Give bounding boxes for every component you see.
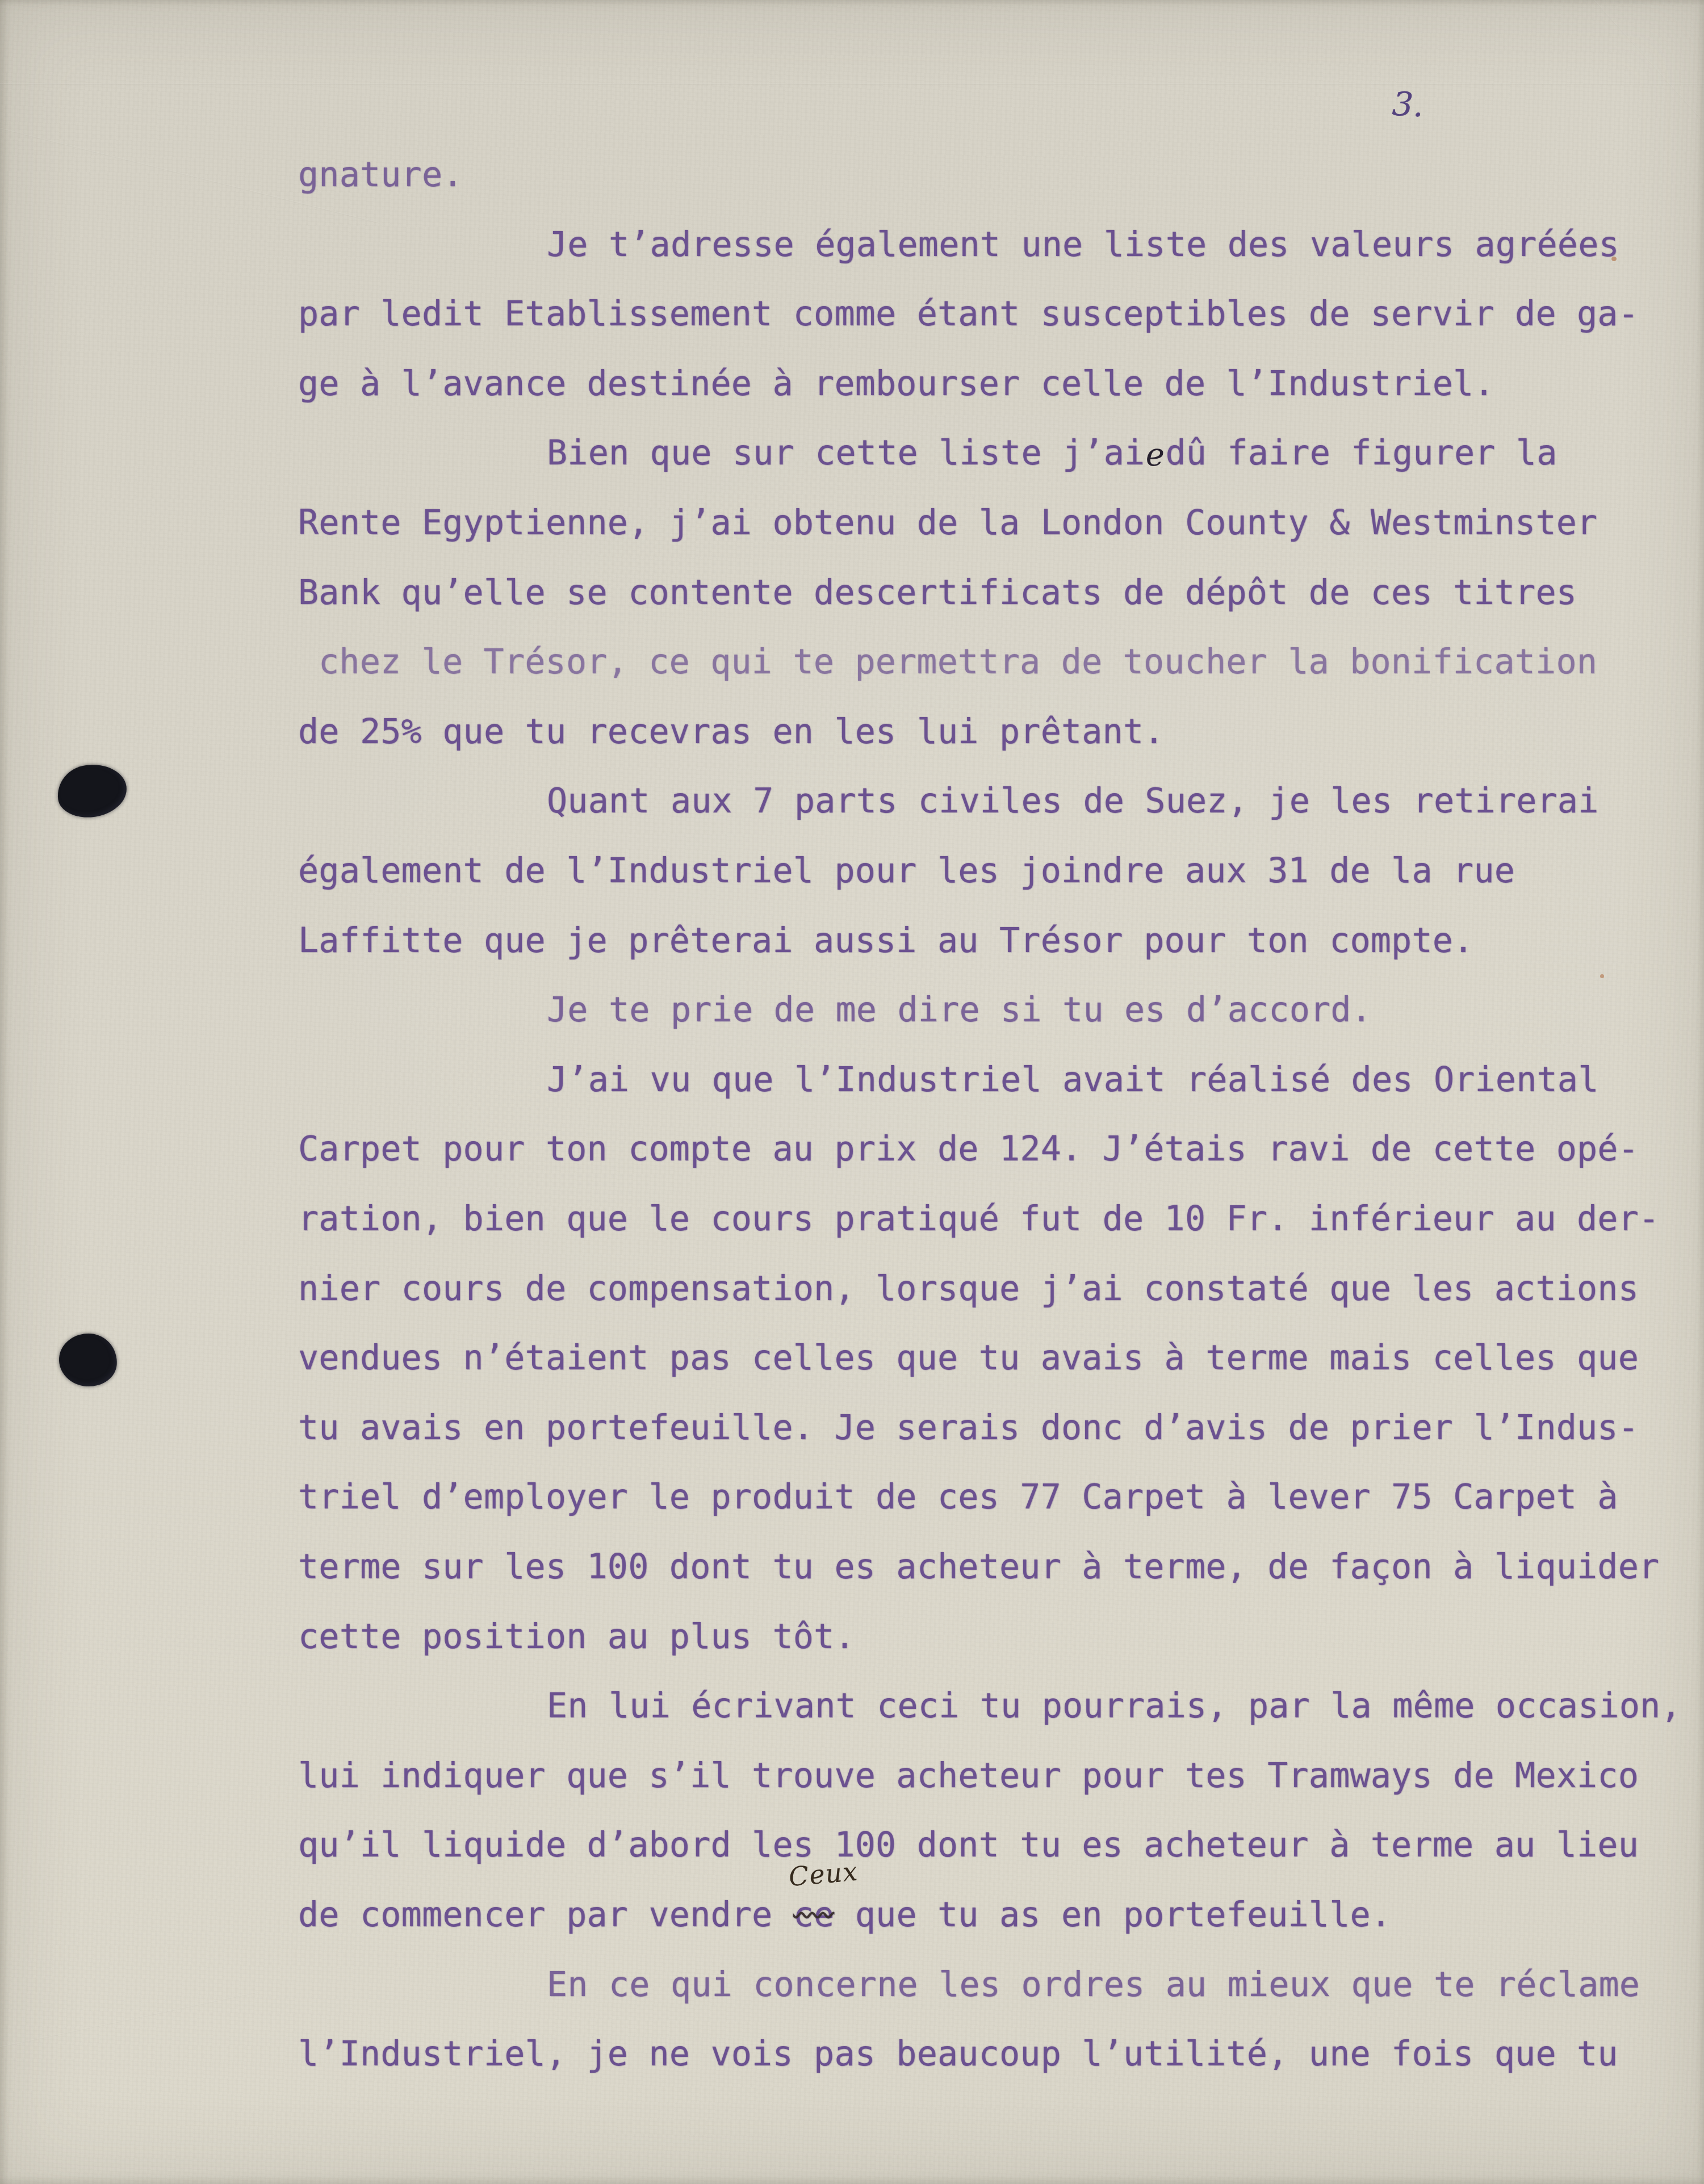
typed-line: de commencer par vendre ceCeux que tu as…: [298, 1894, 1391, 1935]
typed-text: En ce qui concerne les ordres au mieux q…: [547, 1965, 1640, 2005]
typed-line: cette position au plus tôt.: [298, 1616, 855, 1657]
typed-text: Bien que sur cette liste j’ai: [547, 433, 1145, 473]
typed-line: de 25% que tu recevras en les lui prêtan…: [298, 711, 1165, 752]
typed-text: que tu as en portefeuille.: [834, 1895, 1391, 1935]
typed-line: tu avais en portefeuille. Je serais donc…: [298, 1407, 1639, 1448]
typed-text: cette position au plus tôt.: [298, 1617, 855, 1657]
handwritten-insert: e: [1145, 436, 1165, 474]
typed-line: l’Industriel, je ne vois pas beaucoup l’…: [298, 2034, 1618, 2074]
struck-word: ceCeux: [793, 1895, 835, 1935]
handwritten-correction: Ceux: [788, 1856, 859, 1893]
typed-text: chez le Trésor, ce qui te permettra de t…: [319, 642, 1597, 682]
typed-text: également de l’Industriel pour les joind…: [298, 851, 1515, 891]
typed-line: ge à l’avance destinée à rembourser cell…: [298, 363, 1494, 404]
typed-text: de commencer par vendre: [298, 1895, 793, 1935]
typed-line: terme sur les 100 dont tu es acheteur à …: [298, 1546, 1659, 1587]
typed-line: Je te prie de me dire si tu es d’accord.: [547, 990, 1372, 1030]
typed-line: vendues n’étaient pas celles que tu avai…: [298, 1338, 1639, 1378]
typed-line: J’ai vu que l’Industriel avait réalisé d…: [547, 1059, 1598, 1100]
typed-line: chez le Trésor, ce qui te permettra de t…: [319, 642, 1597, 682]
typed-line: gnature.: [298, 154, 463, 195]
typed-line: Bank qu’elle se contente descertificats …: [298, 572, 1577, 613]
letter-body: gnature.Je t’adresse également une liste…: [0, 0, 1704, 2184]
typed-text: terme sur les 100 dont tu es acheteur à …: [298, 1547, 1659, 1587]
typed-text: triel d’employer le produit de ces 77 Ca…: [298, 1477, 1618, 1517]
typed-line: qu’il liquide d’abord les 100 dont tu es…: [298, 1825, 1639, 1866]
typed-text: Laffitte que je prêterai aussi au Trésor…: [298, 921, 1473, 961]
typed-text: En lui écrivant ceci tu pourrais, par la…: [547, 1686, 1681, 1726]
typed-text: gnature.: [298, 155, 463, 195]
typed-line: nier cours de compensation, lorsque j’ai…: [298, 1268, 1639, 1309]
typed-line: Rente Egyptienne, j’ai obtenu de la Lond…: [298, 502, 1597, 543]
typed-line: En ce qui concerne les ordres au mieux q…: [547, 1964, 1640, 2005]
typed-text: lui indiquer que s’il trouve acheteur po…: [298, 1756, 1639, 1796]
typed-line: lui indiquer que s’il trouve acheteur po…: [298, 1755, 1639, 1796]
typed-line: par ledit Etablissement comme étant susc…: [298, 294, 1639, 334]
typed-text: vendues n’étaient pas celles que tu avai…: [298, 1338, 1639, 1378]
typed-line: En lui écrivant ceci tu pourrais, par la…: [547, 1686, 1681, 1726]
typed-text: Rente Egyptienne, j’ai obtenu de la Lond…: [298, 503, 1597, 543]
paper-speck: [1600, 974, 1604, 978]
typed-text: de 25% que tu recevras en les lui prêtan…: [298, 712, 1165, 752]
typed-text: Je t’adresse également une liste des val…: [547, 225, 1619, 265]
typed-text: tu avais en portefeuille. Je serais donc…: [298, 1408, 1639, 1448]
typed-text: par ledit Etablissement comme étant susc…: [298, 294, 1639, 334]
typed-text: l’Industriel, je ne vois pas beaucoup l’…: [298, 2034, 1618, 2074]
typed-text: Quant aux 7 parts civiles de Suez, je le…: [547, 781, 1598, 821]
typed-text: Carpet pour ton compte au prix de 124. J…: [298, 1129, 1639, 1169]
letter-page: 3. gnature.Je t’adresse également une li…: [0, 0, 1704, 2184]
typed-line: Je t’adresse également une liste des val…: [547, 224, 1619, 265]
typed-line: ration, bien que le cours pratiqué fut d…: [298, 1198, 1659, 1239]
paper-speck: [1611, 257, 1617, 261]
typed-text: nier cours de compensation, lorsque j’ai…: [298, 1269, 1639, 1309]
typed-text: Je te prie de me dire si tu es d’accord.: [547, 990, 1372, 1030]
typed-line: Laffitte que je prêterai aussi au Trésor…: [298, 920, 1473, 961]
typed-text: ration, bien que le cours pratiqué fut d…: [298, 1199, 1659, 1239]
typed-text: Bank qu’elle se contente descertificats …: [298, 573, 1577, 613]
typed-text: qu’il liquide d’abord les 100 dont tu es…: [298, 1825, 1639, 1865]
typed-line: également de l’Industriel pour les joind…: [298, 850, 1515, 891]
typed-line: Quant aux 7 parts civiles de Suez, je le…: [547, 781, 1598, 821]
typed-line: Carpet pour ton compte au prix de 124. J…: [298, 1129, 1639, 1169]
typed-text: dû faire figurer la: [1165, 433, 1557, 473]
typed-text: ge à l’avance destinée à rembourser cell…: [298, 364, 1494, 404]
typed-text: J’ai vu que l’Industriel avait réalisé d…: [547, 1060, 1598, 1100]
typed-line: triel d’employer le produit de ces 77 Ca…: [298, 1477, 1618, 1518]
typed-line: Bien que sur cette liste j’aiedû faire f…: [547, 433, 1558, 473]
